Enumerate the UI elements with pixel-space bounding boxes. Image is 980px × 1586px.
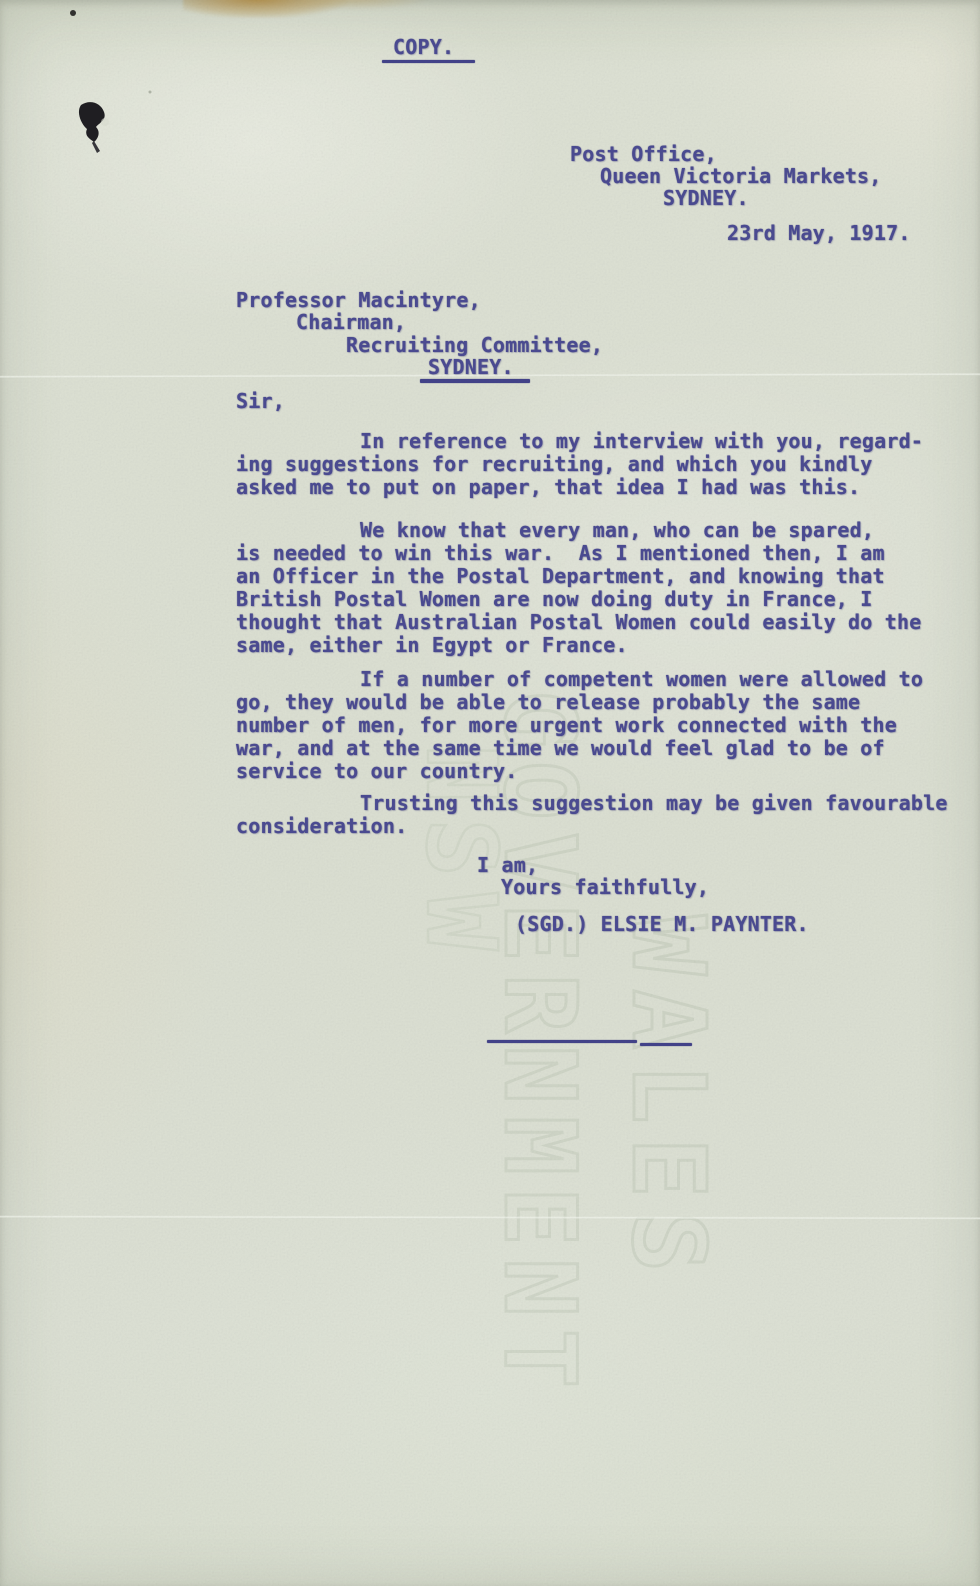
- letter-page: NSW GOVERNMENT WALES COPY. Post Office, …: [0, 0, 980, 1586]
- paper-grain-texture: [0, 0, 980, 1586]
